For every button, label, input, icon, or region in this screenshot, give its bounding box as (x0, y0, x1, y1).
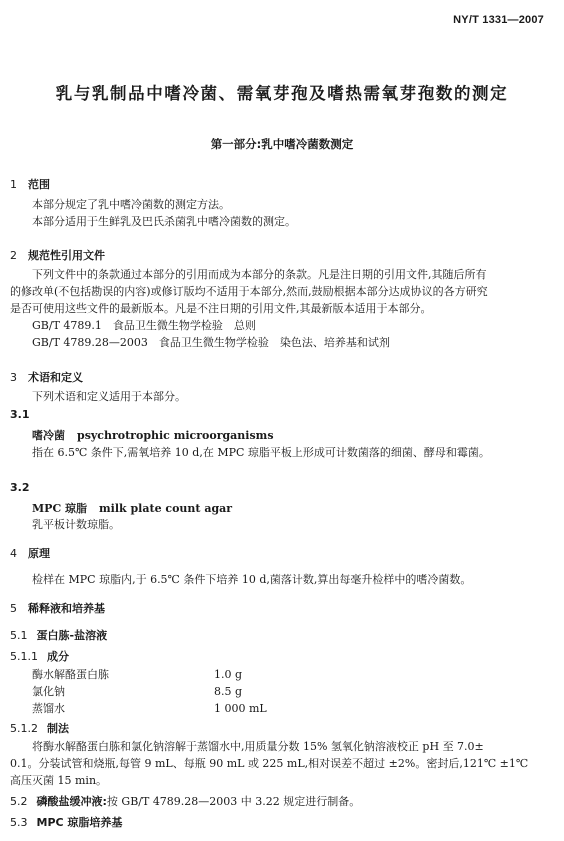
prep-line-2: 0.1。分装试管和烧瓶,每管 9 mL、每瓶 90 mL 或 225 mL,相对… (10, 755, 528, 772)
section-title: 范围 (28, 178, 50, 191)
component-row: 氯化钠8.5 g (32, 683, 242, 699)
section-number: 5.3 (10, 816, 28, 829)
section-3-heading: 3术语和定义 (10, 369, 83, 385)
section-2-heading: 2规范性引用文件 (10, 247, 105, 263)
component-amount: 8.5 g (214, 685, 242, 698)
component-amount: 1 000 mL (214, 702, 267, 715)
component-row: 酶水解酪蛋白胨1.0 g (32, 666, 242, 682)
section-5-1-2-heading: 5.1.2制法 (10, 720, 69, 736)
section-title: 蛋白胨-盐溶液 (37, 629, 108, 642)
term-3-1-definition: 指在 6.5℃ 条件下,需氧培养 10 d,在 MPC 琼脂平板上形成可计数菌落… (32, 444, 490, 461)
term-3-2-definition: 乳平板计数琼脂。 (32, 516, 120, 533)
component-amount: 1.0 g (214, 668, 242, 681)
terms-intro: 下列术语和定义适用于本部分。 (32, 388, 186, 405)
term-en: psychrotrophic microorganisms (77, 429, 274, 442)
normref-para-line-1: 下列文件中的条款通过本部分的引用而成为本部分的条款。凡是注日期的引用文件,其随后… (32, 266, 487, 283)
component-row: 蒸馏水1 000 mL (32, 700, 267, 716)
term-3-1-number: 3.1 (10, 408, 30, 421)
term-3-2: MPC 琼脂milk plate count agar (32, 500, 232, 516)
prep-line-1: 将酶水解酪蛋白胨和氯化钠溶解于蒸馏水中,用质量分数 15% 氢氧化钠溶液校正 p… (32, 738, 484, 755)
section-number: 1 (10, 178, 28, 191)
section-number: 5.1.2 (10, 722, 38, 735)
section-5-1-heading: 5.1蛋白胨-盐溶液 (10, 627, 107, 643)
section-number: 4 (10, 547, 28, 560)
scope-line-2: 本部分适用于生鲜乳及巴氏杀菌乳中嗜冷菌数的测定。 (32, 213, 296, 230)
section-title: 术语和定义 (28, 371, 83, 384)
normref-para-line-2: 的修改单(不包括勘误的内容)或修订版均不适用于本部分,然而,鼓励根据本部分达成协… (10, 283, 488, 300)
section-title: 成分 (47, 650, 69, 663)
component-name: 酶水解酪蛋白胨 (32, 666, 214, 682)
term-zh: 嗜冷菌 (32, 429, 65, 442)
section-number: 5.1.1 (10, 650, 38, 663)
section-title: MPC 琼脂培养基 (37, 816, 123, 829)
section-5-1-1-heading: 5.1.1成分 (10, 648, 69, 664)
document-title: 乳与乳制品中嗜冷菌、需氧芽孢及嗜热需氧芽孢数的测定 (0, 80, 564, 104)
component-name: 氯化钠 (32, 683, 214, 699)
section-5-3-heading: 5.3MPC 琼脂培养基 (10, 814, 122, 830)
term-3-1: 嗜冷菌psychrotrophic microorganisms (32, 427, 274, 443)
prep-line-3: 高压灭菌 15 min。 (10, 772, 107, 789)
term-3-2-number: 3.2 (10, 481, 30, 494)
section-number: 3 (10, 371, 28, 384)
principle-text: 检样在 MPC 琼脂内,于 6.5℃ 条件下培养 10 d,菌落计数,算出每毫升… (32, 571, 471, 588)
section-title: 稀释液和培养基 (28, 602, 105, 615)
section-title: 规范性引用文件 (28, 249, 105, 262)
component-name: 蒸馏水 (32, 700, 214, 716)
normref-item-1: GB/T 4789.1 食品卫生微生物学检验 总则 (32, 317, 256, 334)
term-en: milk plate count agar (99, 502, 232, 515)
section-title: 原理 (28, 547, 50, 560)
section-title: 制法 (47, 722, 69, 735)
section-number: 5 (10, 602, 28, 615)
part-title: 第一部分:乳中嗜冷菌数测定 (0, 136, 564, 152)
section-1-heading: 1范围 (10, 176, 50, 192)
term-zh: MPC 琼脂 (32, 502, 87, 515)
section-number: 5.1 (10, 629, 28, 642)
normref-item-2: GB/T 4789.28—2003 食品卫生微生物学检验 染色法、培养基和试剂 (32, 334, 390, 351)
section-title: 磷酸盐缓冲液: (37, 795, 107, 808)
section-5-heading: 5稀释液和培养基 (10, 600, 105, 616)
section-number: 2 (10, 249, 28, 262)
section-4-heading: 4原理 (10, 545, 50, 561)
scope-line-1: 本部分规定了乳中嗜冷菌数的测定方法。 (32, 196, 230, 213)
normref-para-line-3: 是否可使用这些文件的最新版本。凡是不注日期的引用文件,其最新版本适用于本部分。 (10, 300, 432, 317)
section-number: 5.2 (10, 795, 28, 808)
section-5-2: 5.2磷酸盐缓冲液:按 GB/T 4789.28—2003 中 3.22 规定进… (10, 793, 360, 809)
section-text: 按 GB/T 4789.28—2003 中 3.22 规定进行制备。 (107, 795, 360, 808)
standard-code: NY/T 1331—2007 (453, 14, 544, 26)
